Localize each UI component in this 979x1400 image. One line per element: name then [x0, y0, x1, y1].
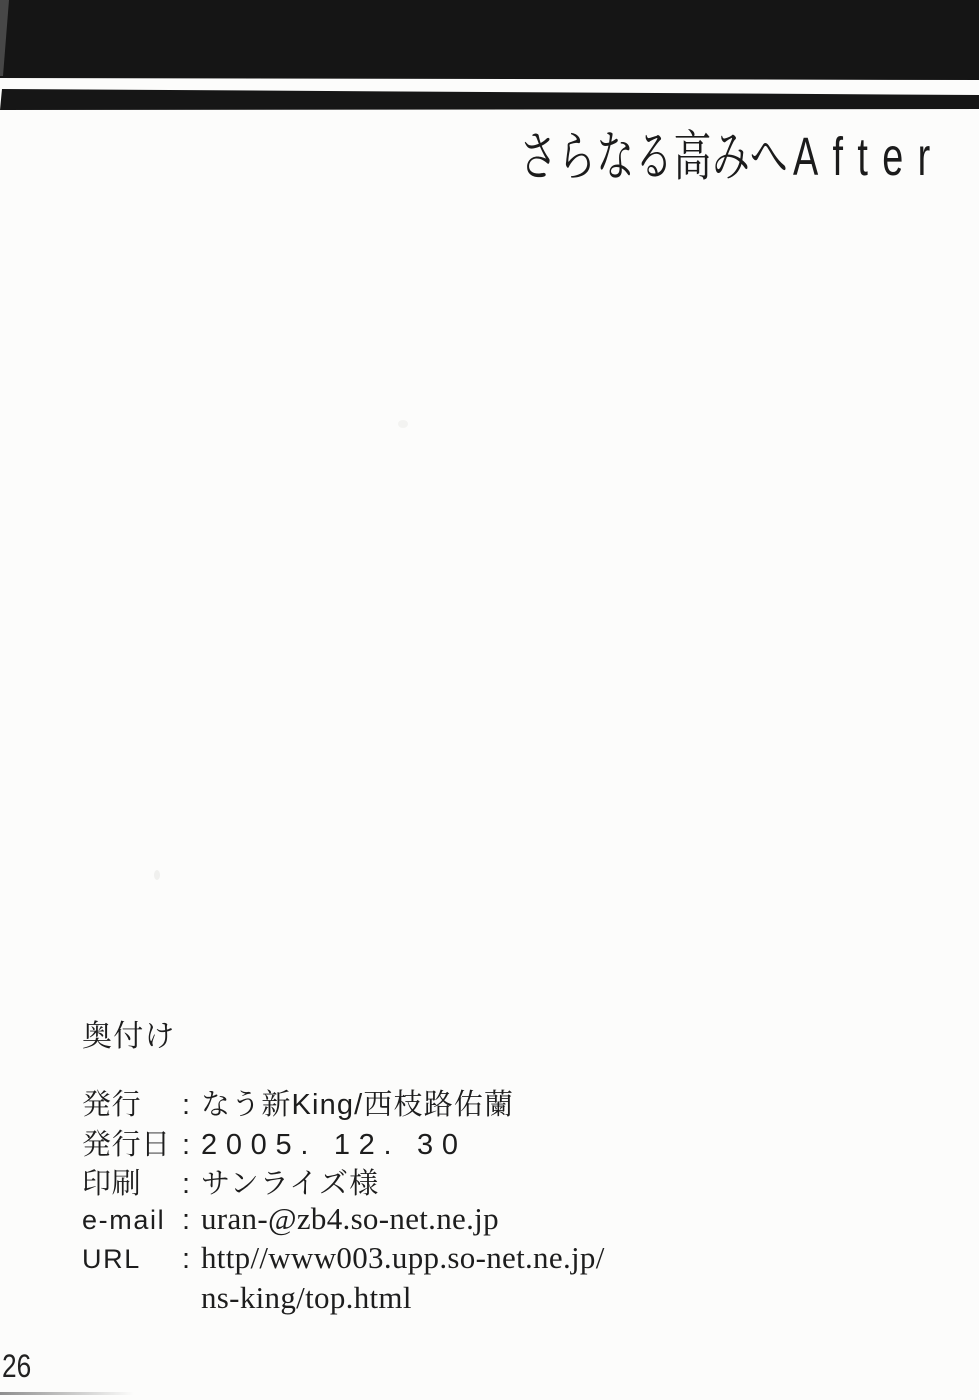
publish-date-label: 発行日 [82, 1122, 175, 1163]
colophon-row-publish-date: 発行日 : 2005. 12. 30 [82, 1122, 702, 1162]
colophon-row-email: e-mail : uran-@zb4.so-net.ne.jp [82, 1201, 702, 1241]
publisher-colon: : [175, 1089, 197, 1122]
colophon-row-printer: 印刷 : サンライズ様 [82, 1161, 702, 1201]
colophon-row-url: URL : http//www003.upp.so-net.ne.jp/ [82, 1240, 702, 1280]
colophon-heading: 奥付け [82, 1019, 176, 1055]
email-label: e-mail [82, 1205, 175, 1236]
publish-date-value: 2005. 12. 30 [197, 1129, 467, 1162]
scan-speck [154, 870, 160, 880]
page-title: さらなる高みへAfter [520, 128, 945, 186]
scan-speck [398, 420, 408, 428]
colophon-block: 発行 : なう新King/西枝路佑蘭 発行日 : 2005. 12. 30 印刷… [82, 1082, 702, 1319]
url-continuation-value: ns-king/top.html [197, 1280, 412, 1316]
page-number: 26 [2, 1348, 31, 1385]
publish-date-colon: : [175, 1129, 197, 1162]
divider-stripe [0, 89, 979, 110]
page-title-japanese: さらなる高みへ [520, 127, 789, 187]
publisher-label: 発行 [82, 1082, 175, 1123]
top-black-bands [0, 0, 979, 120]
email-value: uran-@zb4.so-net.ne.jp [197, 1201, 499, 1237]
email-colon: : [175, 1204, 197, 1237]
url-value: http//www003.upp.so-net.ne.jp/ [197, 1240, 605, 1276]
printer-label: 印刷 [82, 1161, 175, 1202]
cover-bleed-band [0, 0, 979, 80]
publisher-value: なう新King/西枝路佑蘭 [197, 1082, 514, 1123]
scan-edge-line [0, 1392, 134, 1395]
printer-colon: : [175, 1168, 197, 1201]
url-colon: : [175, 1243, 197, 1276]
colophon-row-url-continuation: ns-king/top.html [82, 1280, 702, 1320]
url-label: URL [82, 1244, 175, 1275]
colophon-row-publisher: 発行 : なう新King/西枝路佑蘭 [82, 1082, 702, 1122]
printer-value: サンライズ様 [197, 1161, 379, 1202]
page-title-latin: After [793, 127, 945, 187]
